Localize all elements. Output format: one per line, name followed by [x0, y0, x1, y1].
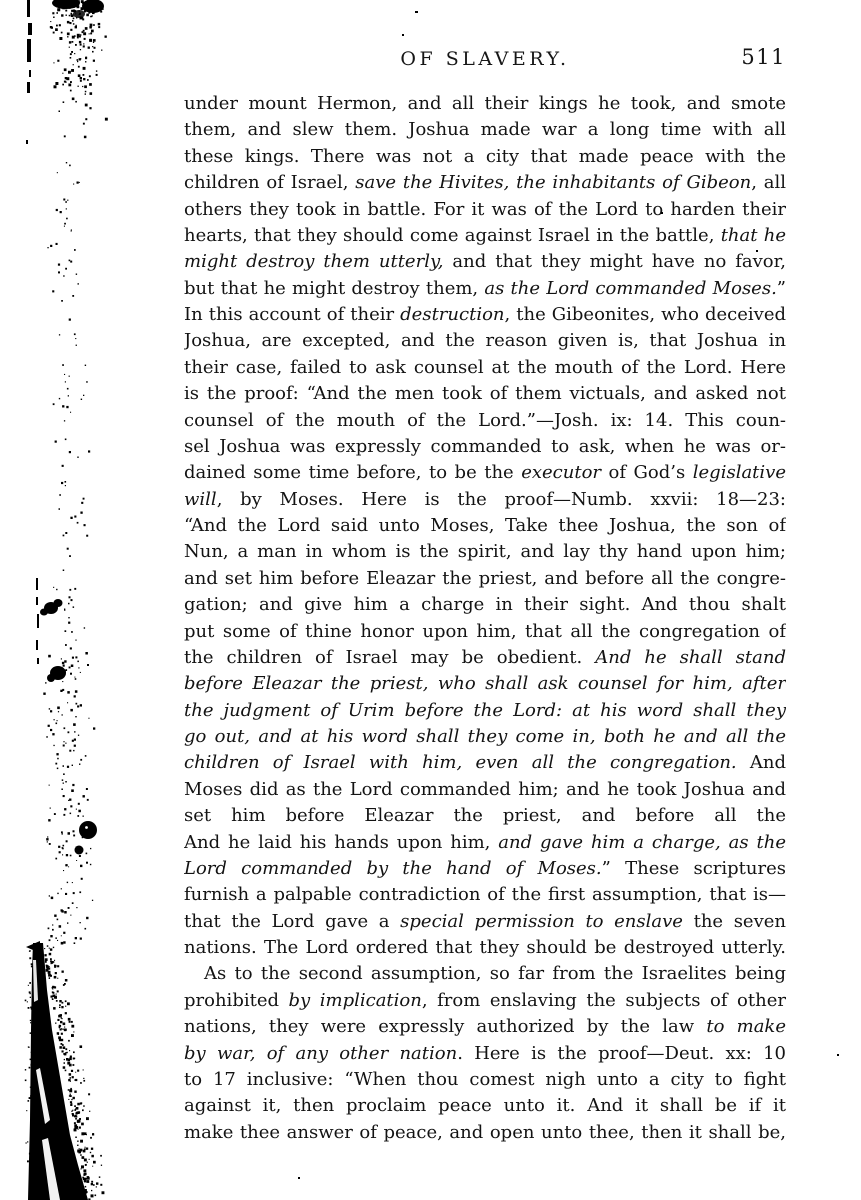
text-line: is the proof: “And the men took of them …: [184, 381, 786, 407]
text-line: dained some time before, to be the execu…: [184, 460, 786, 486]
text-line: put some of thine honor upon him, that a…: [184, 619, 786, 645]
text-line: children of Israel with him, even all th…: [184, 750, 786, 776]
top-ink-clumps: [52, 0, 104, 18]
gutter-shadow-band: [26, 941, 88, 1200]
text-line: As to the second assumption, so far from…: [184, 961, 786, 987]
text-line: children of Israel, save the Hivites, th…: [184, 170, 786, 196]
text-line: Moses did as the Lord commanded him; and…: [184, 777, 786, 803]
text-line: gation; and give him a charge in their s…: [184, 592, 786, 618]
text-line: hearts, that they should come against Is…: [184, 223, 786, 249]
text-line: to 17 inclusive: “When thou comest nigh …: [184, 1067, 786, 1093]
page-body-text: under mount Hermon, and all their kings …: [184, 91, 786, 1146]
book-page: OF SLAVERY. 511 under mount Hermon, and …: [0, 0, 861, 1200]
text-line: counsel of the mouth of the Lord.”—Josh.…: [184, 408, 786, 434]
text-line: their case, failed to ask counsel at the…: [184, 355, 786, 381]
text-line: nations, they were expressly authorized …: [184, 1014, 786, 1040]
text-line: Nun, a man in whom is the spirit, and la…: [184, 539, 786, 565]
text-line: the judgment of Urim before the Lord: at…: [184, 698, 786, 724]
text-line: that the Lord gave a special permission …: [184, 909, 786, 935]
text-line: Joshua, are excepted, and the reason giv…: [184, 328, 786, 354]
text-line: by war, of any other nation. Here is the…: [184, 1041, 786, 1067]
text-line: others they took in battle. For it was o…: [184, 197, 786, 223]
text-line: before Eleazar the priest, who shall ask…: [184, 671, 786, 697]
page-number: 511: [686, 45, 786, 69]
text-line: go out, and at his word shall they come …: [184, 724, 786, 750]
text-line: In this account of their destruction, th…: [184, 302, 786, 328]
text-line: against it, then proclaim peace unto it.…: [184, 1093, 786, 1119]
gutter-line-top: [26, 0, 32, 144]
text-line: Lord commanded by the hand of Moses.” Th…: [184, 856, 786, 882]
scan-noise-speckles: [25, 0, 108, 1200]
text-line: and set him before Eleazar the priest, a…: [184, 566, 786, 592]
text-line: prohibited by implication, from enslavin…: [184, 988, 786, 1014]
text-line: under mount Hermon, and all their kings …: [184, 91, 786, 117]
text-line: but that he might destroy them, as the L…: [184, 276, 786, 302]
text-line: will, by Moses. Here is the proof—Numb. …: [184, 487, 786, 513]
text-line: sel Joshua was expressly commanded to as…: [184, 434, 786, 460]
gutter-line-mid: [36, 578, 39, 664]
text-line: furnish a palpable contradiction of the …: [184, 882, 786, 908]
text-line: And he laid his hands upon him, and gave…: [184, 830, 786, 856]
text-line: might destroy them utterly, and that the…: [184, 249, 786, 275]
text-line: make thee answer of peace, and open unto…: [184, 1120, 786, 1146]
text-line: set him before Eleazar the priest, and b…: [184, 803, 786, 829]
text-line: these kings. There was not a city that m…: [184, 144, 786, 170]
band-arrow: [26, 941, 40, 953]
text-line: the children of Israel may be obedient. …: [184, 645, 786, 671]
ink-blobs: [40, 599, 97, 855]
text-line: them, and slew them. Joshua made war a l…: [184, 117, 786, 143]
text-line: nations. The Lord ordered that they shou…: [184, 935, 786, 961]
text-line: “And the Lord said unto Moses, Take thee…: [184, 513, 786, 539]
